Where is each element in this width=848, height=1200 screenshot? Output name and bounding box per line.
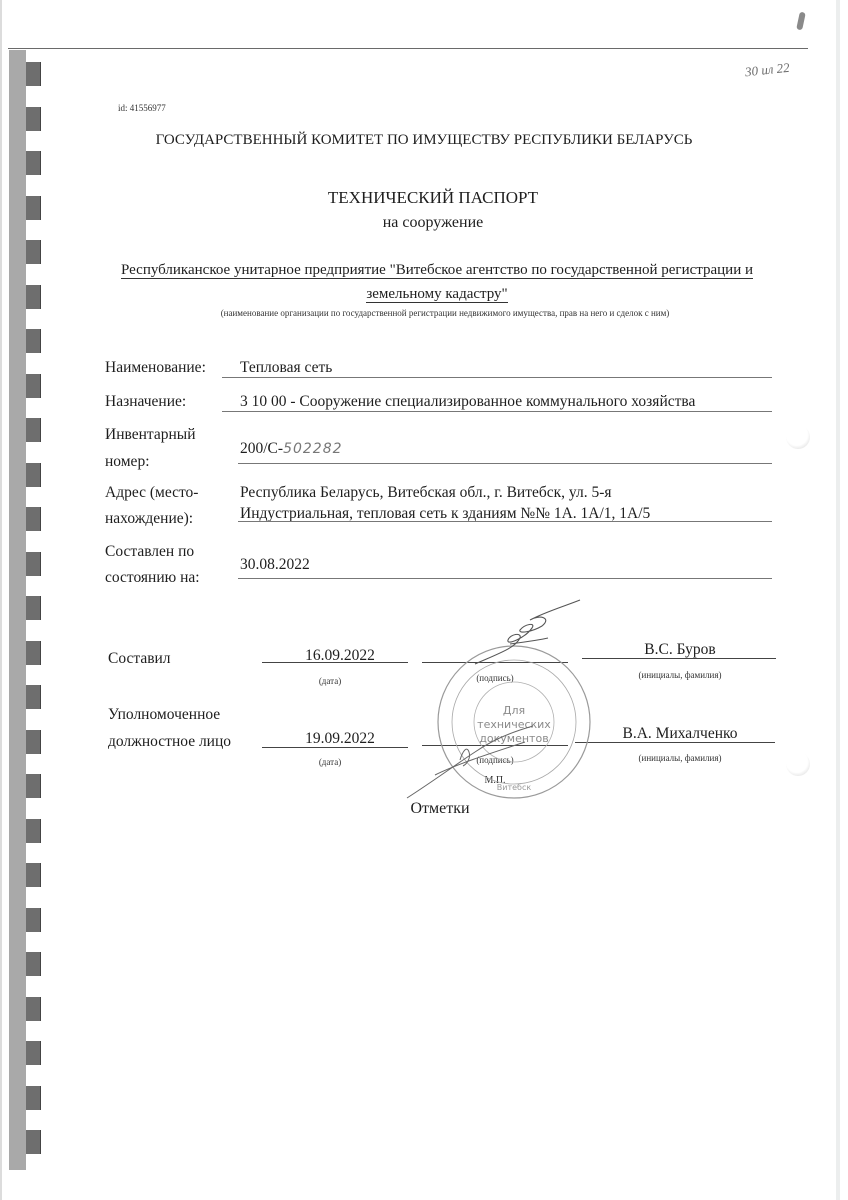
binding-tooth (26, 819, 41, 843)
binding-tooth (26, 997, 41, 1021)
binding-tooth (26, 774, 41, 798)
as-of-value: 30.08.2022 (240, 556, 310, 574)
organization-line-2: земельному кадастру" (112, 286, 762, 303)
name-label: Наименование: (105, 359, 206, 377)
binding-tooth (26, 1041, 41, 1065)
binding-tooth (26, 285, 41, 309)
punch-hole-upper (786, 425, 810, 449)
notes-heading: Отметки (0, 800, 848, 818)
binding-tooth (26, 240, 41, 264)
authorized-name-caption: (инициалы, фамилия) (605, 753, 755, 763)
authorized-date-caption: (дата) (290, 757, 370, 767)
page-edge-right (836, 0, 840, 1200)
name-underline (222, 377, 772, 378)
compiled-name-caption: (инициалы, фамилия) (605, 670, 755, 680)
page-edge-left (0, 0, 2, 1200)
binding-tooth (26, 863, 41, 887)
authorized-date: 19.09.2022 (270, 730, 410, 748)
document-id: id: 41556977 (118, 103, 166, 113)
binding-tooth (26, 151, 41, 175)
stamp-center-line-1: Для (503, 704, 525, 717)
as-of-label-line-1: Составлен по (105, 543, 194, 561)
purpose-underline (222, 411, 772, 412)
as-of-underline (238, 578, 772, 579)
authorized-date-line (262, 747, 408, 748)
as-of-label-line-2: состоянию на: (105, 569, 200, 587)
purpose-value: 3 10 00 - Сооружение специализированное … (240, 393, 695, 411)
binding-tooth (26, 1130, 41, 1154)
compiled-name-line (582, 658, 776, 659)
top-edge-line (8, 48, 808, 49)
inventory-printed: 200/С- (240, 440, 283, 457)
pen-mark (796, 12, 806, 31)
signature-1-icon (470, 598, 590, 668)
address-value-line-1: Республика Беларусь, Витебская обл., г. … (240, 484, 612, 502)
compiled-label: Составил (108, 650, 171, 668)
authorized-name-line (575, 742, 775, 743)
authorized-name: В.А. Михалченко (585, 725, 775, 743)
binding-tooth (26, 641, 41, 665)
binding-tooth (26, 596, 41, 620)
authorized-label-line-1: Уполномоченное (108, 706, 220, 724)
organization-line-1: Республиканское унитарное предприятие "В… (112, 262, 762, 279)
authorized-label-line-2: должностное лицо (108, 733, 231, 751)
committee-heading: ГОСУДАРСТВЕННЫЙ КОМИТЕТ ПО ИМУЩЕСТВУ РЕС… (0, 132, 848, 149)
binding-tooth (26, 908, 41, 932)
binding-tooth (26, 952, 41, 976)
address-underline (238, 521, 772, 522)
compiled-name: В.С. Буров (585, 641, 775, 659)
address-label-line-1: Адрес (место- (105, 484, 198, 502)
binding-tooth (26, 107, 41, 131)
document-title: ТЕХНИЧЕСКИЙ ПАСПОРТ (0, 188, 848, 208)
binding-tooth (26, 62, 41, 86)
binding-tooth (26, 374, 41, 398)
inventory-handwritten: 502282 (283, 441, 342, 457)
inventory-label-line-2: номер: (105, 453, 150, 471)
organization-caption: (наименование организации по государстве… (100, 308, 790, 318)
inventory-value: 200/С-502282 (240, 440, 343, 458)
inventory-label-line-1: Инвентарный (105, 426, 196, 444)
compiled-date-caption: (дата) (290, 676, 370, 686)
handwritten-note: 30 ил 22 (744, 60, 790, 81)
binding-tooth (26, 552, 41, 576)
punch-hole-lower (786, 752, 810, 776)
signature-2-icon (405, 720, 535, 800)
inventory-underline (238, 463, 772, 464)
name-value: Тепловая сеть (240, 359, 332, 377)
binding-tooth (26, 463, 41, 487)
address-label-line-2: нахождение): (105, 510, 193, 528)
compiled-date-line (262, 662, 408, 663)
binding-tooth (26, 507, 41, 531)
document-subtitle: на сооружение (0, 214, 848, 232)
binding-tooth (26, 1086, 41, 1110)
binding-tooth (26, 730, 41, 754)
binding-tooth (26, 418, 41, 442)
purpose-label: Назначение: (105, 393, 186, 411)
binding-tooth (26, 685, 41, 709)
binding-tooth (26, 329, 41, 353)
